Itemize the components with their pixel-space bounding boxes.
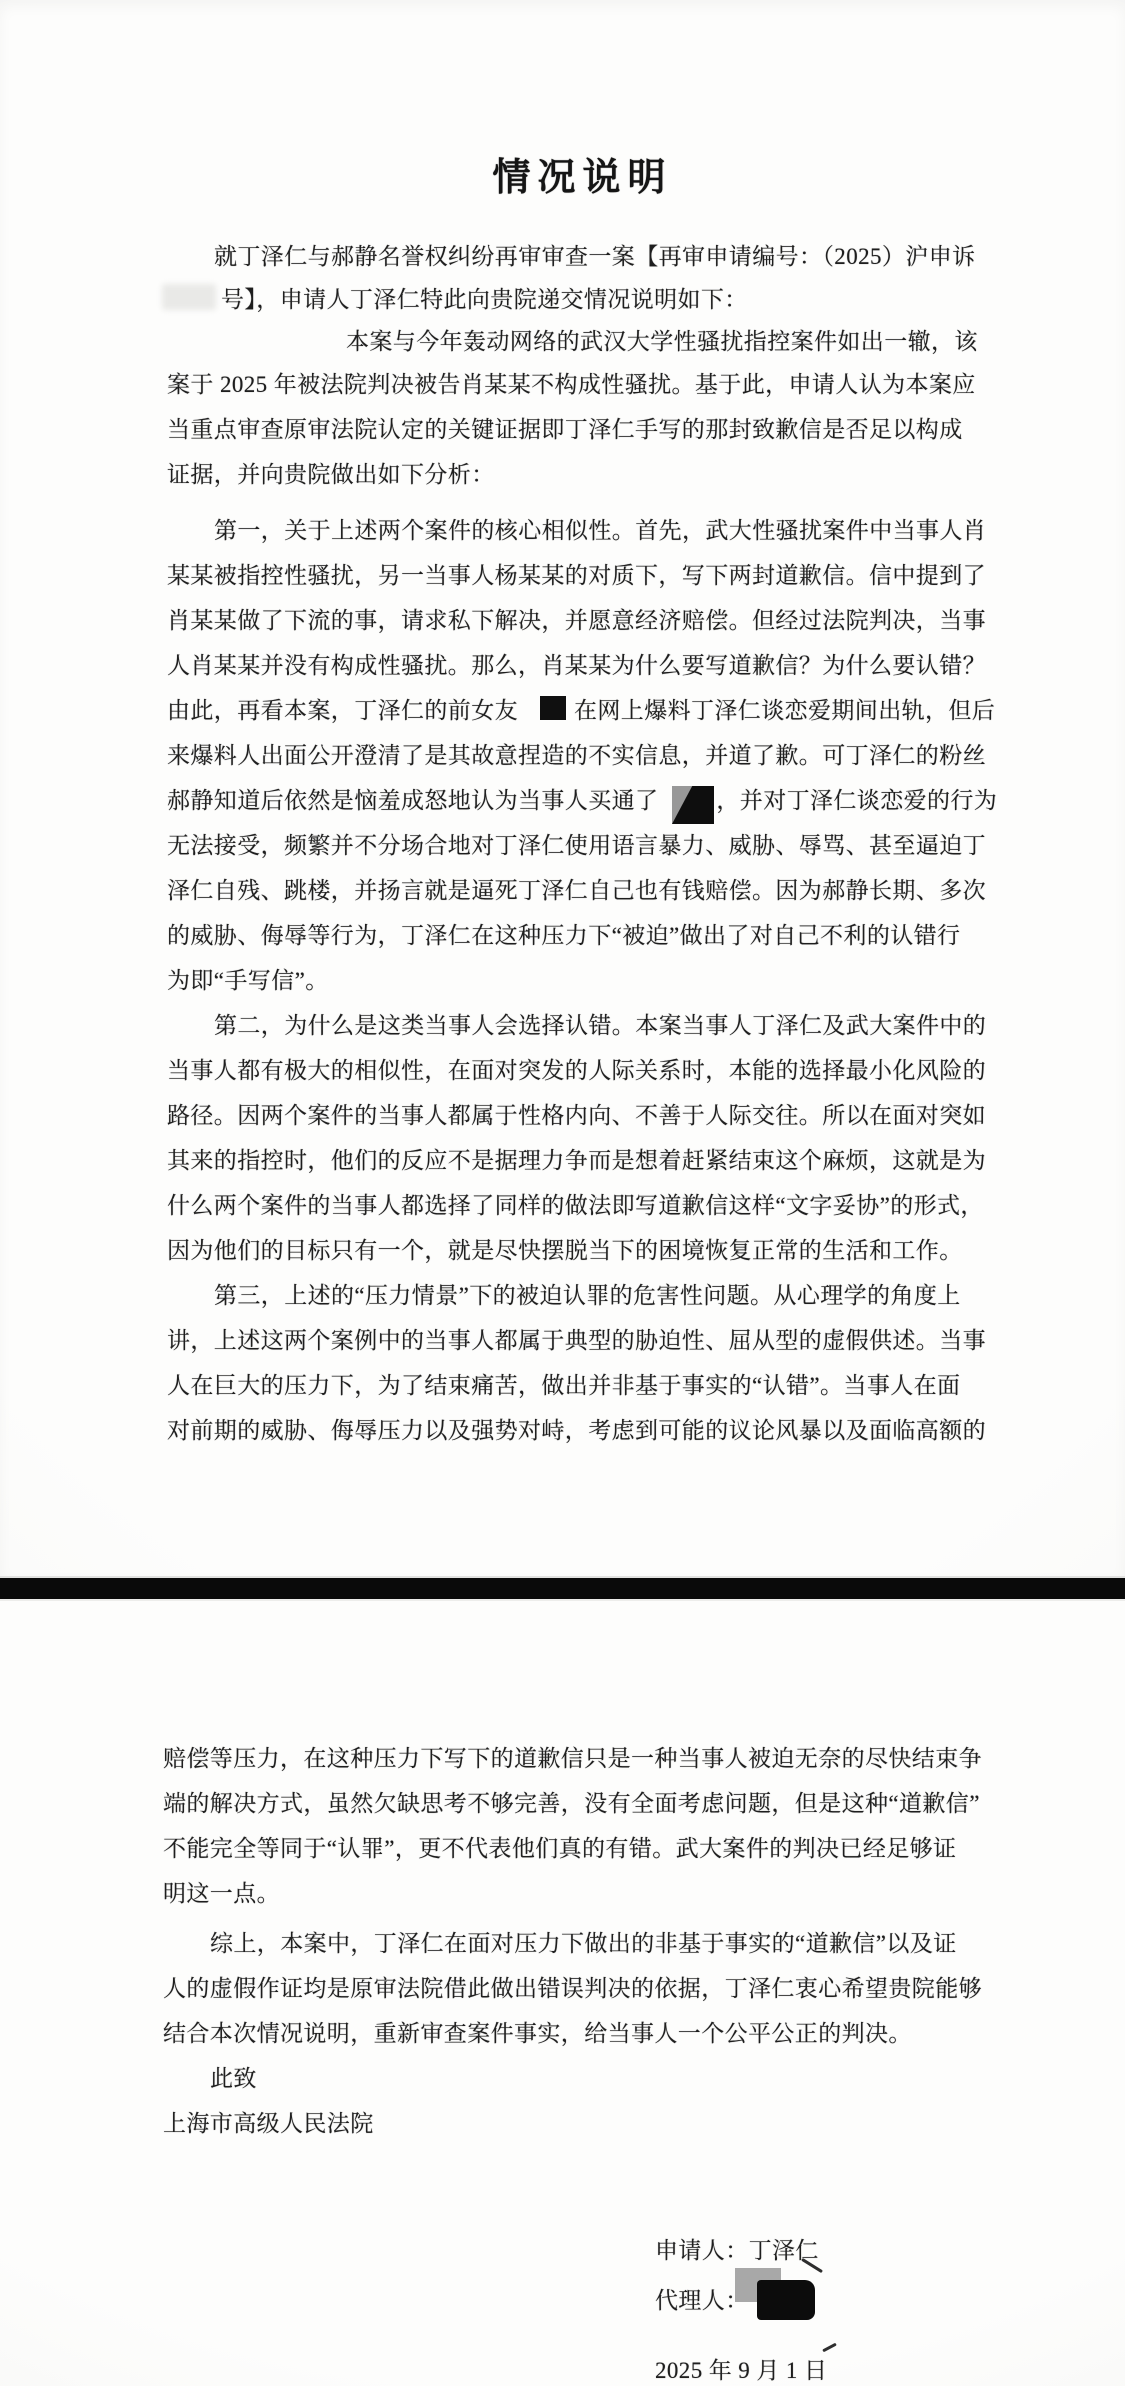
text-segment: 肖某某做了下流的事，请求私下解决，并愿意经济赔偿。但经过法院判决，当事	[167, 608, 986, 633]
document-page-1: 情况说明 就丁泽仁与郝静名誉权纠纷再审审查一案【再审申请编号：（2025）沪申诉…	[0, 0, 1125, 1576]
text-line: 肖某某做了下流的事，请求私下解决，并愿意经济赔偿。但经过法院判决，当事	[167, 602, 986, 634]
text-segment: 不能完全等同于“认罪”，更不代表他们真的有错。武大案件的判决已经足够证	[163, 1836, 956, 1861]
text-line: 某某被指控性骚扰，另一当事人杨某某的对质下，写下两封道歉信。信中提到了	[167, 557, 986, 589]
text-line: 因为他们的目标只有一个，就是尽快摆脱当下的困境恢复正常的生活和工作。	[167, 1232, 963, 1264]
text-line: 端的解决方式，虽然欠缺思考不够完善，没有全面考虑问题，但是这种“道歉信”	[163, 1785, 980, 1817]
text-segment: 对前期的威胁、侮辱压力以及强势对峙，考虑到可能的议论风暴以及面临高额的	[167, 1418, 986, 1443]
redaction-box-agent-black	[757, 2280, 815, 2320]
text-segment: 赔偿等压力，在这种压力下写下的道歉信只是一种当事人被迫无奈的尽快结束争	[163, 1746, 982, 1771]
text-line: 讲，上述这两个案例中的当事人都属于典型的胁迫性、屈从型的虚假供述。当事	[167, 1322, 986, 1354]
redaction-box	[540, 696, 566, 720]
text-segment: 明这一点。	[163, 1881, 280, 1906]
text-segment: 讲，上述这两个案例中的当事人都属于典型的胁迫性、屈从型的虚假供述。当事	[167, 1328, 986, 1353]
text-segment: 来爆料人出面公开澄清了是其故意捏造的不实信息，并道了歉。可丁泽仁的粉丝	[167, 743, 986, 768]
text-line: 来爆料人出面公开澄清了是其故意捏造的不实信息，并道了歉。可丁泽仁的粉丝	[167, 737, 986, 769]
redaction-blur-case-number	[162, 284, 216, 310]
text-line: 泽仁自残、跳楼，并扬言就是逼死丁泽仁自己也有钱赔偿。因为郝静长期、多次	[167, 872, 986, 904]
text-line: 无法接受，频繁并不分场合地对丁泽仁使用语言暴力、威胁、辱骂、甚至逼迫丁	[167, 827, 986, 859]
text-segment: 其来的指控时，他们的反应不是据理力争而是想着赶紧结束这个麻烦，这就是为	[167, 1148, 986, 1173]
text-line: 人的虚假作证均是原审法院借此做出错误判决的依据，丁泽仁衷心希望贵院能够	[163, 1970, 982, 2002]
text-segment: 就丁泽仁与郝静名誉权纠纷再审审查一案【再审申请编号：（2025）沪申诉	[214, 244, 976, 269]
applicant-line: 申请人：丁泽仁	[655, 2232, 819, 2264]
text-line: 当重点审查原审法院认定的关键证据即丁泽仁手写的那封致歉信是否足以构成	[167, 411, 963, 443]
text-segment: 路径。因两个案件的当事人都属于性格内向、不善于人际交往。所以在面对突如	[167, 1103, 986, 1128]
text-segment: 人在巨大的压力下，为了结束痛苦，做出并非基于事实的“认错”。当事人在面	[167, 1373, 960, 1398]
text-segment: 此致	[210, 2066, 257, 2091]
text-line: 第三，上述的“压力情景”下的被迫认罪的危害性问题。从心理学的角度上	[214, 1277, 961, 1309]
text-segment: 案于 2025 年被法院判决被告肖某某不构成性骚扰。基于此，申请人认为本案应	[167, 372, 976, 397]
text-line: 案于 2025 年被法院判决被告肖某某不构成性骚扰。基于此，申请人认为本案应	[167, 366, 976, 398]
text-line: 当事人都有极大的相似性，在面对突发的人际关系时，本能的选择最小化风险的	[167, 1052, 986, 1084]
text-segment: 综上，本案中，丁泽仁在面对压力下做出的非基于事实的“道歉信”以及证	[210, 1931, 957, 1956]
text-segment: 当重点审查原审法院认定的关键证据即丁泽仁手写的那封致歉信是否足以构成	[167, 417, 963, 442]
text-segment: 在网上爆料丁泽仁谈恋爱期间出轨，但后	[574, 698, 995, 723]
text-line: 什么两个案件的当事人都选择了同样的做法即写道歉信这样“文字妥协”的形式，	[167, 1187, 984, 1219]
text-line: 号】，申请人丁泽仁特此向贵院递交情况说明如下：	[221, 281, 748, 313]
text-segment: 第二，为什么是这类当事人会选择认错。本案当事人丁泽仁及武大案件中的	[214, 1013, 986, 1038]
text-segment: 端的解决方式，虽然欠缺思考不够完善，没有全面考虑问题，但是这种“道歉信”	[163, 1791, 980, 1816]
text-segment: 泽仁自残、跳楼，并扬言就是逼死丁泽仁自己也有钱赔偿。因为郝静长期、多次	[167, 878, 986, 903]
document-title: 情况说明	[0, 146, 1125, 201]
text-segment: 本案与今年轰动网络的武汉大学性骚扰指控案件如出一辙，该	[346, 329, 978, 354]
text-line: 路径。因两个案件的当事人都属于性格内向、不善于人际交往。所以在面对突如	[167, 1097, 986, 1129]
text-segment: 第一，关于上述两个案件的核心相似性。首先，武大性骚扰案件中当事人肖	[214, 518, 986, 543]
text-line: 本案与今年轰动网络的武汉大学性骚扰指控案件如出一辙，该	[346, 323, 978, 355]
text-line: 就丁泽仁与郝静名誉权纠纷再审审查一案【再审申请编号：（2025）沪申诉	[214, 238, 976, 270]
text-segment: 当事人都有极大的相似性，在面对突发的人际关系时，本能的选择最小化风险的	[167, 1058, 986, 1083]
text-line: 郝静知道后依然是恼羞成怒地认为当事人买通了，并对丁泽仁谈恋爱的行为	[167, 782, 997, 814]
text-segment: 的威胁、侮辱等行为，丁泽仁在这种压力下“被迫”做出了对自己不利的认错行	[167, 923, 960, 948]
text-segment: 证据，并向贵院做出如下分析：	[167, 462, 495, 487]
text-line: 由此，再看本案，丁泽仁的前女友在网上爆料丁泽仁谈恋爱期间出轨，但后	[167, 692, 995, 724]
text-line: 其来的指控时，他们的反应不是据理力争而是想着赶紧结束这个麻烦，这就是为	[167, 1142, 986, 1174]
text-line: 的威胁、侮辱等行为，丁泽仁在这种压力下“被迫”做出了对自己不利的认错行	[167, 917, 960, 949]
text-line: 人在巨大的压力下，为了结束痛苦，做出并非基于事实的“认错”。当事人在面	[167, 1367, 960, 1399]
text-segment: 人肖某某并没有构成性骚扰。那么，肖某某为什么要写道歉信？为什么要认错？	[167, 653, 986, 678]
document-date: 2025 年 9 月 1 日	[655, 2352, 827, 2384]
text-line: 明这一点。	[163, 1875, 280, 1907]
text-segment: 号】，申请人丁泽仁特此向贵院递交情况说明如下：	[221, 287, 748, 312]
text-line: 第一，关于上述两个案件的核心相似性。首先，武大性骚扰案件中当事人肖	[214, 512, 986, 544]
page-break-bar	[0, 1576, 1125, 1602]
text-segment: 某某被指控性骚扰，另一当事人杨某某的对质下，写下两封道歉信。信中提到了	[167, 563, 986, 588]
text-segment: 什么两个案件的当事人都选择了同样的做法即写道歉信这样“文字妥协”的形式，	[167, 1193, 984, 1218]
text-line: 人肖某某并没有构成性骚扰。那么，肖某某为什么要写道歉信？为什么要认错？	[167, 647, 986, 679]
document-photo: 情况说明 就丁泽仁与郝静名誉权纠纷再审审查一案【再审申请编号：（2025）沪申诉…	[0, 0, 1125, 2386]
text-segment: 因为他们的目标只有一个，就是尽快摆脱当下的困境恢复正常的生活和工作。	[167, 1238, 963, 1263]
redaction-box	[672, 786, 714, 824]
text-segment: 为即“手写信”。	[167, 968, 329, 993]
text-line: 结合本次情况说明，重新审查案件事实，给当事人一个公平公正的判决。	[163, 2015, 912, 2047]
text-line: 对前期的威胁、侮辱压力以及强势对峙，考虑到可能的议论风暴以及面临高额的	[167, 1412, 986, 1444]
text-line: 赔偿等压力，在这种压力下写下的道歉信只是一种当事人被迫无奈的尽快结束争	[163, 1740, 982, 1772]
text-line: 证据，并向贵院做出如下分析：	[167, 456, 495, 488]
document-page-2: 赔偿等压力，在这种压力下写下的道歉信只是一种当事人被迫无奈的尽快结束争端的解决方…	[0, 1601, 1125, 2386]
text-segment: 结合本次情况说明，重新审查案件事实，给当事人一个公平公正的判决。	[163, 2021, 912, 2046]
text-segment: 郝静知道后依然是恼羞成怒地认为当事人买通了	[167, 788, 658, 813]
text-line: 此致	[210, 2060, 257, 2092]
text-line: 上海市高级人民法院	[163, 2105, 374, 2137]
text-line: 综上，本案中，丁泽仁在面对压力下做出的非基于事实的“道歉信”以及证	[210, 1925, 957, 1957]
text-line: 为即“手写信”。	[167, 962, 329, 994]
text-line: 第二，为什么是这类当事人会选择认错。本案当事人丁泽仁及武大案件中的	[214, 1007, 986, 1039]
text-line: 不能完全等同于“认罪”，更不代表他们真的有错。武大案件的判决已经足够证	[163, 1830, 956, 1862]
text-segment: 人的虚假作证均是原审法院借此做出错误判决的依据，丁泽仁衷心希望贵院能够	[163, 1976, 982, 2001]
text-segment: 第三，上述的“压力情景”下的被迫认罪的危害性问题。从心理学的角度上	[214, 1283, 961, 1308]
text-segment: 无法接受，频繁并不分场合地对丁泽仁使用语言暴力、威胁、辱骂、甚至逼迫丁	[167, 833, 986, 858]
text-segment: 由此，再看本案，丁泽仁的前女友	[167, 698, 518, 723]
text-segment: ，并对丁泽仁谈恋爱的行为	[716, 788, 997, 813]
text-segment: 上海市高级人民法院	[163, 2111, 374, 2136]
